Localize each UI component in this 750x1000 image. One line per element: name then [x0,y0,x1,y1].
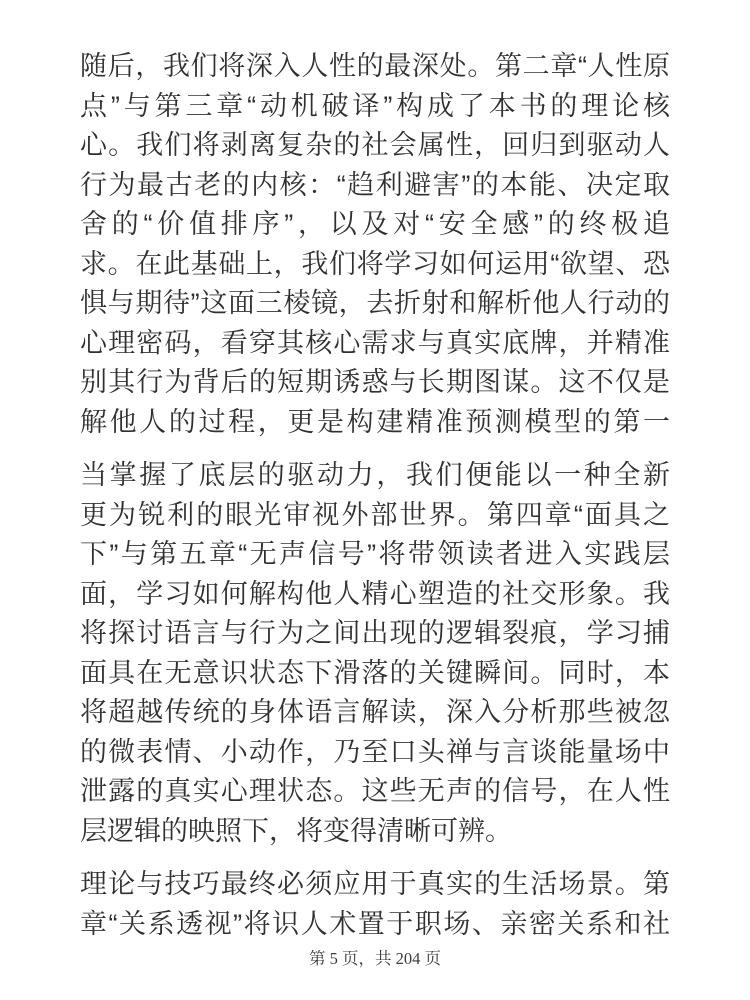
text-line: 面具在无意识状态下滑落的关键瞬间。同时，本书 [80,654,670,694]
text-line: 行为最古老的内核：“趋利避害”的本能、决定取 [80,166,670,206]
text-line: 章“关系透视”将识人术置于职场、亲密关系和社 [80,905,670,945]
text-line: 的微表情、小动作，乃至口头禅与言谈能量场中所 [80,733,670,773]
text-line: 解他人的过程，更是构建精准预测模型的第一步。 [80,403,670,443]
paragraph-1: 随后，我们将深入人性的最深处。第二章“人性原 点”与第三章“动机破译”构成了本书… [80,47,670,442]
document-page: 随后，我们将深入人性的最深处。第二章“人性原 点”与第三章“动机破译”构成了本书… [0,0,750,1000]
text-line: 惧与期待”这面三棱镜，去折射和解析他人行动的 [80,284,670,324]
text-line: 心理密码，看穿其核心需求与真实底牌，并精准识 [80,324,670,364]
text-line: 更为锐利的眼光审视外部世界。第四章“面具之 [80,496,670,536]
text-line: 别其行为背后的短期诱惑与长期图谋。这不仅是理 [80,363,670,403]
text-line: 将超越传统的身体语言解读，深入分析那些被忽视 [80,693,670,733]
text-line: 当掌握了底层的驱动力，我们便能以一种全新的、 [80,456,670,496]
text-line: 下”与第五章“无声信号”将带领读者进入实践层 [80,535,670,575]
text-line: 将探讨语言与行为之间出现的逻辑裂痕，学习捕捉 [80,614,670,654]
text-line: 理论与技巧最终必须应用于真实的生活场景。第六 [80,865,670,905]
text-line: 面，学习如何解构他人精心塑造的社交形象。我们 [80,575,670,615]
text-line: 点”与第三章“动机破译”构成了本书的理论核 [80,87,670,127]
text-line: 随后，我们将深入人性的最深处。第二章“人性原 [80,47,670,87]
paragraph-3: 理论与技巧最终必须应用于真实的生活场景。第六 章“关系透视”将识人术置于职场、亲… [80,865,670,944]
text-line: 层逻辑的映照下，将变得清晰可辨。 [80,812,670,852]
text-line: 求。在此基础上，我们将学习如何运用“欲望、恐 [80,245,670,285]
page-number-indicator: 第 5 页，共 204 页 [0,948,750,969]
text-line: 心。我们将剥离复杂的社会属性，回归到驱动人类 [80,126,670,166]
text-line: 舍的“价值排序”，以及对“安全感”的终极追 [80,205,670,245]
text-line: 泄露的真实心理状态。这些无声的信号，在人性底 [80,772,670,812]
paragraph-2: 当掌握了底层的驱动力，我们便能以一种全新的、 更为锐利的眼光审视外部世界。第四章… [80,456,670,851]
page-text: 随后，我们将深入人性的最深处。第二章“人性原 点”与第三章“动机破译”构成了本书… [80,47,670,944]
